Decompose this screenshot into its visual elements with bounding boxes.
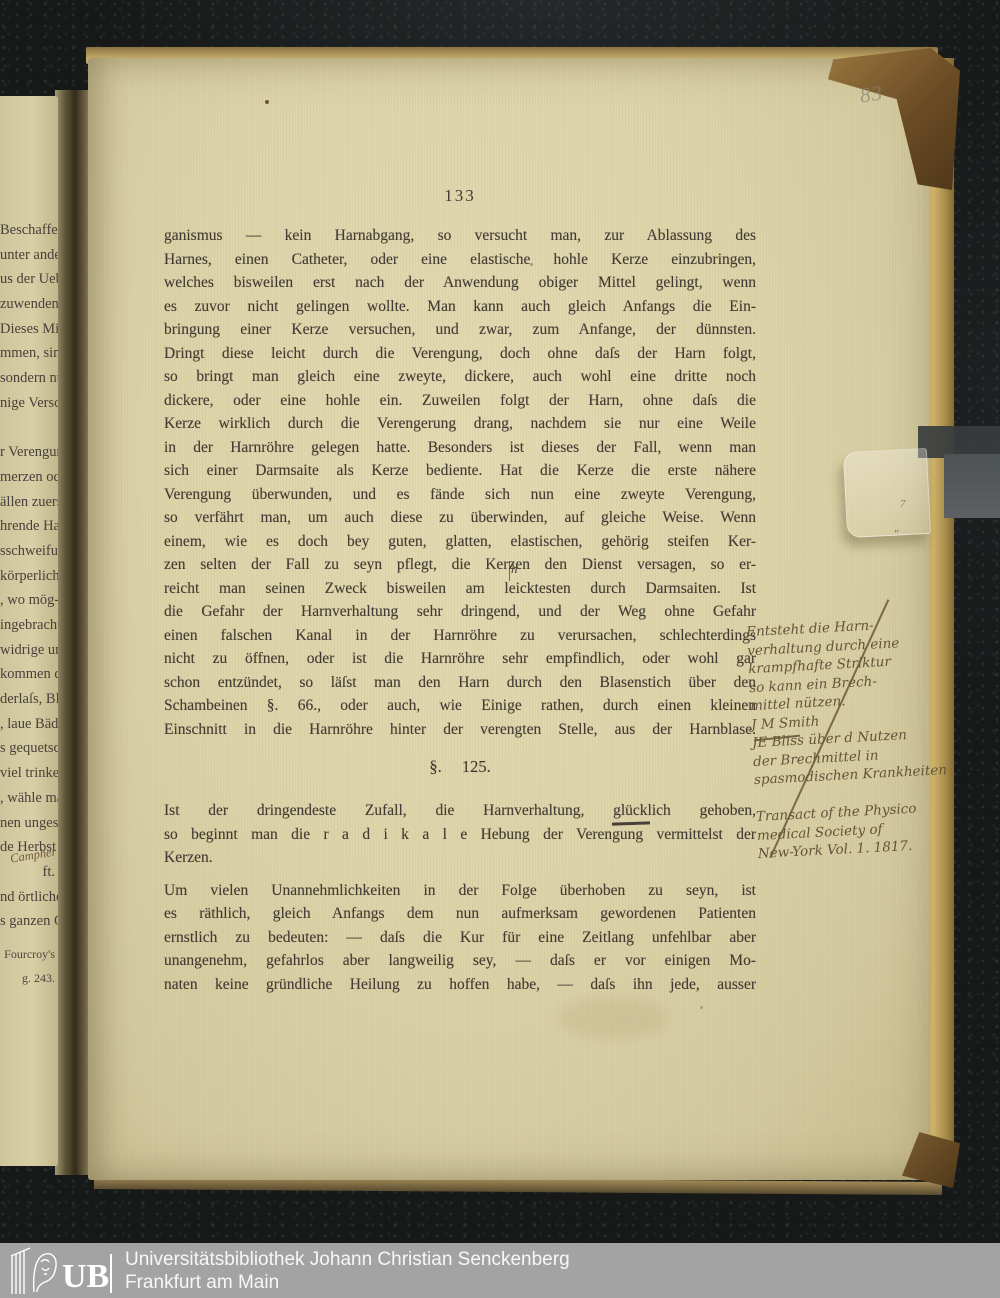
text-line: Kerzen.: [164, 846, 756, 870]
text-line: Kerze wirklich durch die Verengerung dra…: [164, 412, 756, 436]
fragment-line: Dieses Mittel,: [0, 317, 55, 342]
left-page-footnote: Fourcroy'sg. 243.: [4, 942, 55, 990]
text-line: die Gefahr der Harnverhaltung sehr dring…: [164, 600, 756, 624]
text-line: es zuvor nicht gelingen wollte. Man kann…: [164, 295, 756, 319]
fragment-line: widrige und: [0, 638, 55, 663]
fragment-line: nen ungesal-: [0, 811, 55, 836]
left-page-sliver: Beschaffenheitunter andern,us der Ueber-…: [0, 96, 58, 1166]
fragment-line: viel trinken;: [0, 761, 55, 786]
fragment-line: , wo mög-: [0, 588, 55, 613]
paragraph-2: Ist der dringendeste Zufall, die Harnver…: [164, 799, 756, 870]
foxing-spot: [530, 263, 533, 266]
library-city: Frankfurt am Main: [125, 1271, 570, 1294]
footnote-line: g. 243.: [4, 966, 55, 990]
text-line: Harnes, einen Catheter, oder eine elasti…: [164, 248, 756, 272]
left-page-text-fragments: Beschaffenheitunter andern,us der Ueber-…: [0, 96, 58, 934]
fragment-line: sondern nur: [0, 366, 55, 391]
text-line: ernstlich zu bedeuten: — daſs die Kur fü…: [164, 926, 756, 950]
fragment-line: , laue Bäder,: [0, 712, 55, 737]
fragment-line: merzen oder: [0, 465, 55, 490]
fragment-line: [0, 416, 55, 441]
gutter-shadow: [55, 90, 92, 1175]
fragment-line: hrende Harn-: [0, 514, 55, 539]
fragment-line: s gequetsch-: [0, 736, 55, 761]
section-heading: §. 125.: [164, 757, 756, 783]
text-line: es räthlich, gleich Anfangs dem nun aufm…: [164, 902, 756, 926]
pencil-folio-number: 83: [858, 81, 884, 109]
fragment-line: sschweifung,: [0, 539, 55, 564]
body-text: ganismus — kein Harnabgang, so versucht …: [164, 224, 756, 996]
text-line: Ist der dringendeste Zufall, die Harnver…: [164, 799, 756, 823]
fragment-line: s ganzen Or-: [0, 909, 55, 934]
text-line: sich einer Darmsaite als Kerze bediente.…: [164, 459, 756, 483]
text-line: schon entzündet, so läſst man den Harn d…: [164, 671, 756, 695]
foxing-spot: [265, 100, 269, 104]
book-scan: Beschaffenheitunter andern,us der Ueber-…: [0, 0, 1000, 1298]
text-line: welches bisweilen erst nach der Anwendun…: [164, 271, 756, 295]
fragment-line: ingebrachtes: [0, 613, 55, 638]
text-line: reicht man seinen Zweck bisweilen am lei…: [164, 577, 756, 601]
ub-logo: UB: [10, 1246, 116, 1296]
paragraph-3: Um vielen Unannehmlichkeiten in der Folg…: [164, 879, 756, 997]
fragment-line: nige Verschie-: [0, 391, 55, 416]
fragment-line: unter andern,: [0, 243, 55, 268]
text-line: einem, wie es doch bey guten, glatten, e…: [164, 530, 756, 554]
fragment-line: derlaſs, Blut-: [0, 687, 55, 712]
text-line: so verfährt man, um auch diese zu überwi…: [164, 506, 756, 530]
text-line: Um vielen Unannehmlichkeiten in der Folg…: [164, 879, 756, 903]
fragment-line: r Verengung: [0, 440, 55, 465]
text-line: zen selten der Fall zu seyn pflegt, die …: [164, 553, 756, 577]
text-line: bringung einer Kerze versuchen, und zwar…: [164, 318, 756, 342]
text-line: Schambeinen §. 66., oder auch, wie Einig…: [164, 694, 756, 718]
text-line: unangenehm, gefahrlos aber langweilig se…: [164, 949, 756, 973]
text-line: Dringt diese leicht durch die Verengung,…: [164, 342, 756, 366]
text-line: ganismus — kein Harnabgang, so versucht …: [164, 224, 756, 248]
fragment-line: kommen die: [0, 662, 55, 687]
library-name: Universitätsbibliothek Johann Christian …: [125, 1248, 570, 1271]
paper-stain: [558, 998, 668, 1038]
fragment-line: zuwendenden: [0, 292, 55, 317]
text-line: Einschnitt in die Harnröhre hinter der v…: [164, 718, 756, 742]
text-line: naten keine gründliche Heilung zu hoffen…: [164, 973, 756, 997]
foxing-spot: [700, 1006, 703, 1009]
text-line: dickere, oder eine hohle ein. Zuweilen f…: [164, 389, 756, 413]
text-line: in der Harnröhre gelegen hatte. Besonder…: [164, 436, 756, 460]
fragment-line: us der Ueber-: [0, 267, 55, 292]
fragment-line: körperlichen: [0, 564, 55, 589]
fragment-line: nd örtlichen: [0, 885, 55, 910]
footer-bar: UB Universitätsbibliothek Johann Christi…: [0, 1243, 1000, 1298]
footnote-line: Fourcroy's: [4, 942, 55, 966]
page-number: 133: [164, 186, 756, 206]
text-line: einen falschen Kanal in der Harnröhre zu…: [164, 624, 756, 648]
text-line: so beginnt man die r a d i k a l e Hebun…: [164, 823, 756, 847]
bookmark-tab-outer: [944, 454, 1000, 518]
text-line: Verengung überwunden, und es fände sich …: [164, 483, 756, 507]
handwritten-h-correction: h: [509, 561, 518, 581]
main-page: 133 ganismus — kein Harnabgang, so versu…: [88, 58, 930, 1180]
fragment-line: Beschaffenheit: [0, 218, 55, 243]
fragment-line: ällen zuerst,: [0, 490, 55, 515]
logo-acronym: UB: [62, 1258, 109, 1295]
text-line: so bringt man gleich eine zweyte, dicker…: [164, 365, 756, 389]
plastic-bookmark-tab: [843, 448, 931, 538]
fragment-line: mmen, sind: [0, 341, 55, 366]
fragment-line: , wähle man: [0, 786, 55, 811]
paragraph-1: ganismus — kein Harnabgang, so versucht …: [164, 224, 756, 741]
text-line: nicht zu öffnen, oder ist die Harnröhre …: [164, 647, 756, 671]
